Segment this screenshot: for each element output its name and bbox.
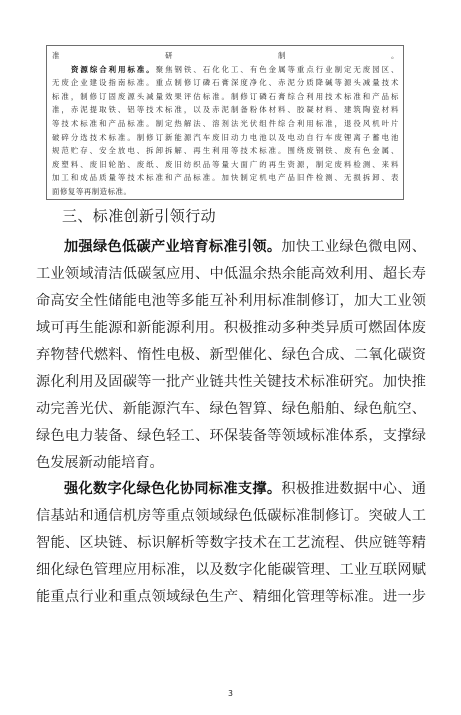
paragraph-line: 工业领域清洁低碳氢应用、中低温余热余能高效利用、超长寿 (36, 261, 426, 288)
paragraph-line: 源化利用及固碳等一批产业链共性关键技术标准研究。加快推 (36, 369, 426, 396)
paragraph-green-low-carbon: 加强绿色低碳产业培育标准引领。加快工业绿色微电网、 工业领域清洁低碳氢应用、中低… (36, 234, 426, 477)
excerpt-line: 标准，制修订固废源头减量效果评估标准。制修订磷石膏综合利用技术标准和产品标 (52, 90, 399, 104)
paragraph-text: 积极推进数据中心、通 (281, 481, 426, 497)
paragraph-lead: 加强绿色低碳产业培育标准引领。 (64, 239, 281, 255)
paragraph-digital-green-synergy: 强化数字化绿色化协同标准支撑。积极推进数据中心、通 信基站和通信机房等重点领域绿… (36, 476, 426, 611)
paragraph-line: 动完善光伏、新能源汽车、绿色智算、绿色船舶、绿色航空、 (36, 396, 426, 423)
excerpt-line: 资源综合利用标准。聚焦钢铁、石化化工、有色金属等重点行业制定无废园区、 (52, 63, 399, 77)
excerpt-line: 准研制。 (52, 49, 399, 63)
excerpt-subheading: 资源综合利用标准。 (71, 65, 156, 74)
paragraph-text: 加快工业绿色微电网、 (281, 239, 426, 255)
excerpt-line: 面修复等再制造标准。 (52, 185, 399, 199)
excerpt-line: 准，赤泥提取铁、铝等技术标准，以及赤泥制备粉体材料、胶凝材料、建筑陶瓷材料 (52, 103, 399, 117)
excerpt-line: 规范贮存、安全放电、拆卸拆解、再生利用等技术标准。围绕废钢铁、废有色金属、 (52, 144, 399, 158)
paragraph-line: 域可再生能源和新能源利用。积极推动多种类异质可燃固体废 (36, 315, 426, 342)
excerpt-text: 聚焦钢铁、石化化工、有色金属等重点行业制定无废园区、 (156, 65, 399, 74)
excerpt-line: 加工和成品质量等技术标准和产品标准。加快制定机电产品旧件检测、无损拆卸、表 (52, 171, 399, 185)
section-heading: 三、标准创新引领行动 (62, 206, 216, 226)
paragraph-lead: 强化数字化绿色化协同标准支撑。 (64, 481, 281, 497)
paragraph-line: 色发展新动能培育。 (36, 450, 426, 477)
excerpt-line: 废塑料、废旧轮胎、废纸、废旧纺织品等量大面广的再生资源，制定废料检测、来料 (52, 158, 399, 172)
document-page: 准研制。 资源综合利用标准。聚焦钢铁、石化化工、有色金属等重点行业制定无废园区、… (0, 0, 461, 715)
paragraph-line: 能重点行业和重点领域绿色生产、精细化管理等标准。进一步 (36, 584, 426, 611)
paragraph-line: 信基站和通信机房等重点领域绿色低碳标准制修订。突破人工 (36, 503, 426, 530)
excerpt-line: 破碎分选技术标准。制修订新能源汽车废旧动力电池以及电动自行车废锂离子蓄电池 (52, 131, 399, 145)
excerpt-line: 等技术标准和产品标准。制定热解法、溶剂法光伏组件综合利用标准，退役风机叶片 (52, 117, 399, 131)
page-number: 3 (0, 689, 461, 698)
paragraph-line: 细化绿色管理应用标准，以及数字化能碳管理、工业互联网赋 (36, 557, 426, 584)
paragraph-line: 绿色电力装备、绿色轻工、环保装备等领域标准体系，支撑绿 (36, 423, 426, 450)
paragraph-line: 智能、区块链、标识解析等数字技术在工艺流程、供应链等精 (36, 530, 426, 557)
boxed-excerpt: 准研制。 资源综合利用标准。聚焦钢铁、石化化工、有色金属等重点行业制定无废园区、… (46, 45, 404, 200)
excerpt-line: 无废企业建设指南标准。重点制修订磷石膏深度净化、赤泥分质降碱等源头减量技术 (52, 76, 399, 90)
paragraph-line: 强化数字化绿色化协同标准支撑。积极推进数据中心、通 (36, 476, 426, 503)
paragraph-line: 弃物替代燃料、惰性电极、新型催化、绿色合成、二氧化碳资 (36, 342, 426, 369)
paragraph-line: 命高安全性储能电池等多能互补利用标准制修订，加大工业领 (36, 288, 426, 315)
paragraph-line: 加强绿色低碳产业培育标准引领。加快工业绿色微电网、 (36, 234, 426, 261)
